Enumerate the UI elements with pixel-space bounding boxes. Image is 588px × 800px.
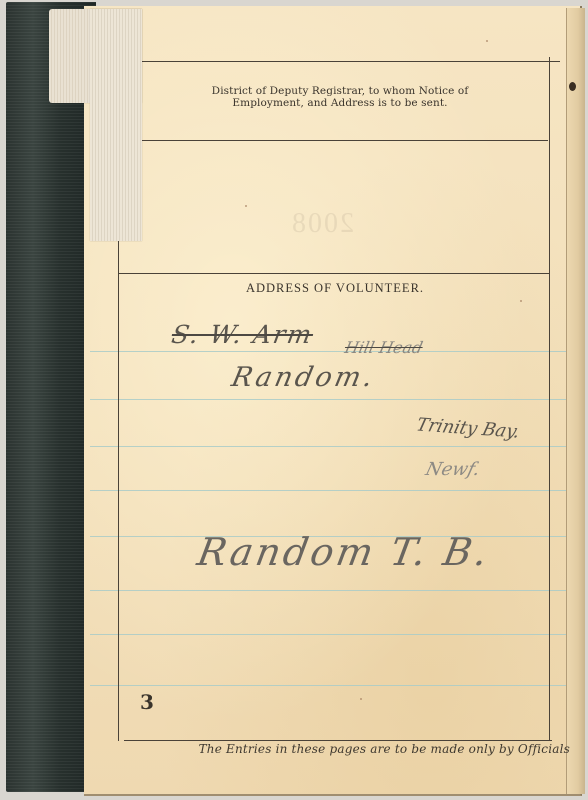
- paper-page: [84, 6, 582, 796]
- handwritten-random: Random.: [229, 362, 379, 393]
- form-right-border: [549, 57, 550, 741]
- heading-line-1: District of Deputy Registrar, to whom No…: [150, 85, 530, 97]
- paper-fleck: [245, 205, 247, 207]
- form-bottom-border: [124, 740, 552, 741]
- handwritten-newf: Newf.: [423, 459, 482, 480]
- bleed-through-number: 2008: [290, 208, 354, 240]
- repair-tape-strip: [90, 9, 142, 241]
- handwritten-struck-address: S. W. Arm: [169, 320, 315, 349]
- header-box-top-border: [140, 61, 560, 62]
- deputy-registrar-heading: District of Deputy Registrar, to whom No…: [150, 85, 530, 109]
- officials-only-footer: The Entries in these pages are to be mad…: [160, 742, 570, 756]
- header-box-bottom-border: [142, 140, 548, 141]
- ruled-line: [90, 634, 566, 635]
- paper-fleck: [360, 698, 362, 700]
- heading-line-2: Employment, and Address is to be sent.: [150, 97, 530, 109]
- ruled-line: [90, 446, 566, 447]
- book-cover-spine: [6, 2, 96, 792]
- ruled-line: [90, 685, 566, 686]
- ruled-line: [90, 351, 566, 352]
- paper-fleck: [520, 300, 522, 302]
- paper-fleck: [486, 40, 488, 42]
- page-folded-edge: [566, 8, 585, 794]
- address-section-title: ADDRESS OF VOLUNTEER.: [160, 281, 510, 296]
- ruled-line: [90, 490, 566, 491]
- page-edge-damage: [569, 82, 576, 91]
- handwritten-struck-faint: Hill Head: [343, 338, 425, 357]
- ruled-line: [90, 590, 566, 591]
- address-section-top-border: [118, 273, 550, 274]
- handwritten-random-tb: Random T. B.: [194, 530, 494, 574]
- page-number: 3: [140, 690, 154, 714]
- form-left-border: [118, 241, 119, 741]
- scanned-book-page: 2008 District of Deputy Registrar, to wh…: [0, 0, 588, 800]
- ruled-line: [90, 399, 566, 400]
